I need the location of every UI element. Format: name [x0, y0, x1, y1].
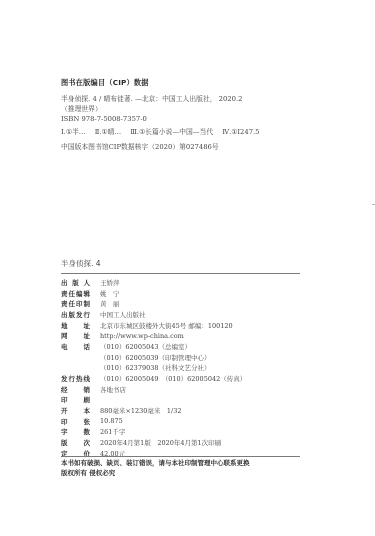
info-row: 电话（010）62005043（总编室）	[61, 341, 321, 352]
info-label-char: 址	[84, 331, 91, 340]
info-label-char: 电	[61, 342, 68, 351]
info-value: 各地书店	[100, 385, 126, 394]
info-label: 责任印制	[61, 299, 94, 308]
info-row: 开本880毫米×1230毫米 1/32	[61, 405, 321, 416]
info-label: 字数	[61, 427, 94, 436]
info-label-char: 责	[61, 299, 68, 308]
info-label-char: 本	[84, 406, 91, 415]
info-label-char: 印	[61, 417, 68, 426]
info-label: 版次	[61, 438, 94, 447]
info-label: 网址	[61, 331, 94, 340]
info-label-char: 编	[76, 289, 83, 298]
info-label-char: 印	[76, 299, 83, 308]
copyright-page: 图书在版编目（CIP）数据 半身侦探. 4 / 晴布徒著. —北京：中国工人出版…	[0, 0, 375, 536]
notice-copyright: 版权所有 侵权必究	[61, 469, 250, 479]
info-row: 地址北京市东城区鼓楼外大街45号 邮编：100120	[61, 320, 321, 331]
info-label-char: 地	[61, 321, 68, 330]
info-row: 出版人王娇萍	[61, 277, 321, 288]
info-label: 印刷	[61, 395, 94, 404]
info-row: （010）62379038（社科文艺分社）	[61, 363, 321, 374]
cip-class-item: Ⅳ.①I247.5	[222, 128, 259, 136]
info-label-char: 版	[69, 310, 76, 319]
cip-data-block: 图书在版编目（CIP）数据 半身侦探. 4 / 晴布徒著. —北京：中国工人出版…	[61, 78, 331, 152]
cip-classification-line: Ⅰ.①半… Ⅱ.①晴… Ⅲ.①长篇小说—中国—当代 Ⅳ.①I247.5	[61, 127, 331, 137]
info-label-char: 数	[84, 427, 91, 436]
info-value: 261千字	[100, 427, 125, 436]
notice-block: 本书如有破损、缺页、装订错误，请与本社印制管理中心联系更换 版权所有 侵权必究	[61, 459, 250, 478]
info-label: 发行热线	[61, 374, 94, 383]
info-row: 经销各地书店	[61, 384, 321, 395]
bottom-divider	[61, 456, 300, 457]
cip-class-item: Ⅲ.①长篇小说—中国—当代	[130, 128, 213, 136]
info-row: 版次2020年4月第1版 2020年4月第1次印刷	[61, 437, 321, 448]
info-label: 责任编辑	[61, 289, 94, 298]
info-label-char: 址	[84, 321, 91, 330]
info-label-char: 线	[84, 374, 91, 383]
info-label-char: 发	[76, 310, 83, 319]
book-title: 半身侦探. 4	[61, 259, 101, 269]
info-label: 印张	[61, 417, 94, 426]
info-label-char: 热	[76, 374, 83, 383]
info-value: 中国工人出版社	[100, 310, 146, 319]
cip-title: 图书在版编目（CIP）数据	[61, 78, 331, 88]
info-label: 电话	[61, 342, 94, 351]
info-row: 责任编辑姚 宁	[61, 288, 321, 299]
info-label-char: 任	[69, 289, 76, 298]
info-value: http://www.wp-china.com	[100, 332, 184, 340]
info-row: 责任印制黄 丽	[61, 298, 321, 309]
info-row: （010）62005039（印制管理中心）	[61, 352, 321, 363]
info-label-char: 辑	[84, 289, 91, 298]
info-label-char: 人	[84, 278, 91, 287]
info-label-char: 行	[84, 310, 91, 319]
info-label: 出版发行	[61, 310, 94, 319]
info-value: 王娇萍	[100, 278, 120, 287]
info-label-char: 出	[61, 310, 68, 319]
info-label-char: 销	[84, 385, 91, 394]
info-label-char: 版	[61, 438, 68, 447]
cip-record-line: 中国版本图书馆CIP数据核字（2020）第027486号	[61, 142, 331, 152]
info-label-char: 张	[84, 417, 91, 426]
info-value: 10.875	[100, 417, 123, 425]
info-value: （010）62005043（总编室）	[100, 342, 191, 351]
publication-info-table: 出版人王娇萍责任编辑姚 宁责任印制黄 丽出版发行中国工人出版社地址北京市东城区鼓…	[61, 277, 321, 459]
info-label-char: 字	[61, 427, 68, 436]
info-label: 经销	[61, 385, 94, 394]
info-label-char: 次	[84, 438, 91, 447]
info-label-char: 任	[69, 299, 76, 308]
top-divider	[61, 273, 300, 274]
cip-bibliographic-line: 半身侦探. 4 / 晴布徒著. —北京：中国工人出版社， 2020.2	[61, 94, 331, 104]
info-row: 发行热线（010）62005049 （010）62005042（传真）	[61, 373, 321, 384]
info-value: 2020年4月第1版 2020年4月第1次印刷	[100, 438, 221, 447]
info-row: 字数261千字	[61, 427, 321, 438]
info-value: （010）62379038（社科文艺分社）	[100, 363, 211, 372]
info-label-char: 出	[61, 278, 68, 287]
info-label: 地址	[61, 321, 94, 330]
info-label: 出版人	[61, 278, 94, 287]
info-label-char: 行	[69, 374, 76, 383]
cip-class-item: Ⅰ.①半…	[61, 128, 86, 136]
info-label-char: 印	[61, 395, 68, 404]
info-label-char: 刷	[84, 395, 91, 404]
cip-class-item: Ⅱ.①晴…	[95, 128, 121, 136]
info-label-char: 版	[72, 278, 79, 287]
info-label-char: 发	[61, 374, 68, 383]
info-value: 姚 宁	[100, 289, 120, 298]
info-value: 880毫米×1230毫米 1/32	[100, 406, 182, 415]
info-value: （010）62005039（印制管理中心）	[100, 353, 211, 362]
info-value: （010）62005049 （010）62005042（传真）	[100, 374, 246, 383]
info-label-char: 经	[61, 385, 68, 394]
info-row: 网址http://www.wp-china.com	[61, 330, 321, 341]
info-row: 出版发行中国工人出版社	[61, 309, 321, 320]
cip-series-line: （推理世界）	[61, 104, 331, 114]
info-label-char: 责	[61, 289, 68, 298]
info-label-char: 网	[61, 331, 68, 340]
info-row: 定价42.00元	[61, 448, 321, 459]
info-row: 印刷	[61, 395, 321, 406]
info-label-char: 制	[84, 299, 91, 308]
info-row: 印张10.875	[61, 416, 321, 427]
notice-replacement: 本书如有破损、缺页、装订错误，请与本社印制管理中心联系更换	[61, 459, 250, 469]
info-value: 黄 丽	[100, 299, 120, 308]
cip-isbn-line: ISBN 978-7-5008-7357-0	[61, 114, 331, 124]
info-label-char: 开	[61, 406, 68, 415]
info-value: 北京市东城区鼓楼外大街45号 邮编：100120	[100, 321, 233, 330]
info-label: 开本	[61, 406, 94, 415]
info-label-char: 话	[84, 342, 91, 351]
